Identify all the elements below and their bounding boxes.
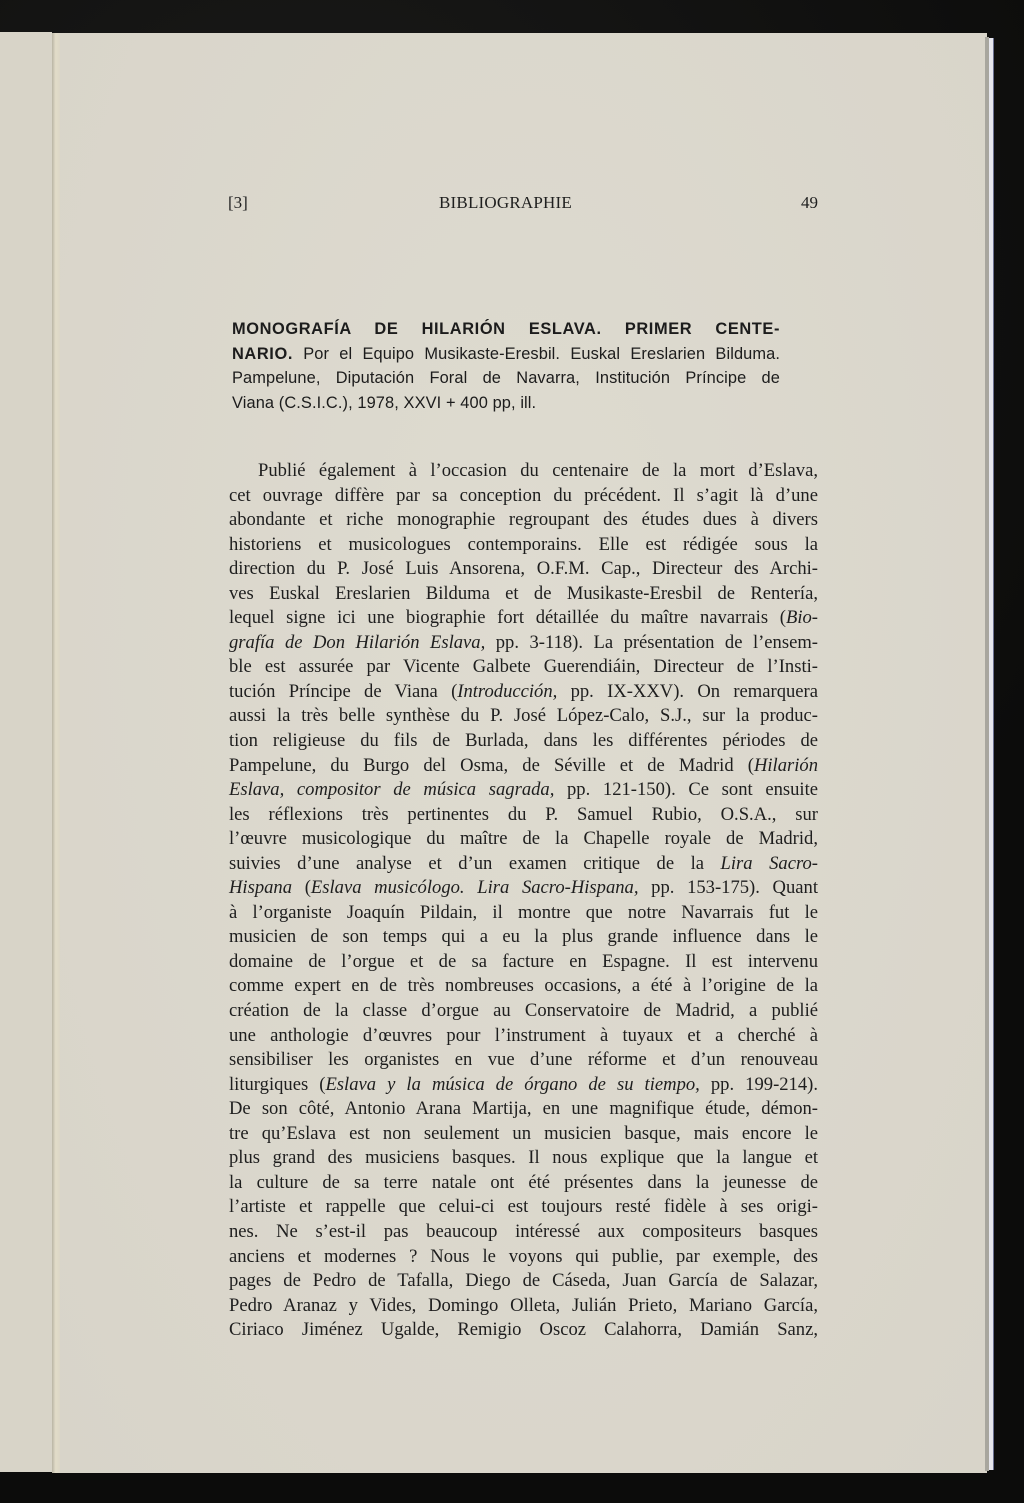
text-segment: musicien de son temps qui a eu la plus g… bbox=[229, 926, 818, 947]
entry-title-end: NARIO. bbox=[232, 345, 293, 363]
body-line: tre qu’Eslava est non seulement un music… bbox=[229, 1122, 818, 1147]
text-segment: les réflexions très pertinentes du P. Sa… bbox=[229, 804, 818, 825]
text-segment: tución Príncipe de Viana ( bbox=[229, 681, 457, 702]
entry-title-line-2: NARIO. Por el Equipo Musikaste-Eresbil. … bbox=[232, 343, 780, 368]
italic-title: Bio- bbox=[786, 607, 818, 628]
text-segment: pp. 199-214). bbox=[700, 1074, 818, 1095]
text-segment: tion religieuse du fils de Burlada, dans… bbox=[229, 730, 818, 751]
body-line: aussi la très belle synthèse du P. José … bbox=[229, 704, 818, 729]
italic-title: grafía de Don Hilarión Eslava, bbox=[229, 632, 485, 653]
body-line: tución Príncipe de Viana (Introducción, … bbox=[229, 680, 818, 705]
body-line: une anthologie d’œuvres pour l’instrumen… bbox=[229, 1024, 818, 1049]
entry-title-line-1: MONOGRAFÍA DE HILARIÓN ESLAVA. PRIMER CE… bbox=[232, 318, 780, 343]
body-line: plus grand des musiciens basques. Il nou… bbox=[229, 1146, 818, 1171]
body-line: pages de Pedro de Tafalla, Diego de Cáse… bbox=[229, 1269, 818, 1294]
text-segment: ble est assurée par Vicente Galbete Guer… bbox=[229, 656, 818, 677]
review-body-text: Publié également à l’occasion du centena… bbox=[229, 459, 818, 1343]
body-line: l’œuvre musicologique du maître de la Ch… bbox=[229, 827, 818, 852]
body-line: création de la classe d’orgue au Conserv… bbox=[229, 999, 818, 1024]
body-line: les réflexions très pertinentes du P. Sa… bbox=[229, 803, 818, 828]
body-line: comme expert en de très nombreuses occas… bbox=[229, 974, 818, 999]
body-line: Pampelune, du Burgo del Osma, de Séville… bbox=[229, 754, 818, 779]
text-segment: pp. 121-150). Ce sont ensuite bbox=[554, 779, 818, 800]
text-segment: ves Euskal Ereslarien Bilduma et de Musi… bbox=[229, 583, 818, 604]
text-segment: pp. 3-118). La présentation de l’ensem- bbox=[485, 632, 818, 653]
body-line: Publié également à l’occasion du centena… bbox=[229, 459, 818, 484]
italic-title: Lira Sacro- bbox=[721, 853, 818, 874]
text-segment: aussi la très belle synthèse du P. José … bbox=[229, 705, 818, 726]
section-number: [3] bbox=[228, 193, 248, 213]
body-line: direction du P. José Luis Ansorena, O.F.… bbox=[229, 557, 818, 582]
text-segment: l’artiste et rappelle que celui-ci est t… bbox=[229, 1196, 818, 1217]
body-line: grafía de Don Hilarión Eslava, pp. 3-118… bbox=[229, 631, 818, 656]
page-number: 49 bbox=[801, 193, 818, 213]
text-segment: domaine de l’orgue et de sa facture en E… bbox=[229, 951, 818, 972]
text-segment: De son côté, Antonio Arana Martija, en u… bbox=[229, 1098, 818, 1119]
entry-publisher: Pampelune, Diputación Foral de Navarra, … bbox=[232, 367, 780, 392]
running-head: [3] BIBLIOGRAPHIE 49 bbox=[228, 193, 818, 221]
body-line: l’artiste et rappelle que celui-ci est t… bbox=[229, 1195, 818, 1220]
text-segment: Ciriaco Jiménez Ugalde, Remigio Oscoz Ca… bbox=[229, 1319, 818, 1340]
text-segment: anciens et modernes ? Nous le voyons qui… bbox=[229, 1246, 818, 1267]
text-segment: lequel signe ici une biographie fort dét… bbox=[229, 607, 786, 628]
text-segment: Pampelune, du Burgo del Osma, de Séville… bbox=[229, 755, 754, 776]
body-line: abondante et riche monographie regroupan… bbox=[229, 508, 818, 533]
body-line: la culture de sa terre natale ont été pr… bbox=[229, 1171, 818, 1196]
text-segment: plus grand des musiciens basques. Il nou… bbox=[229, 1147, 818, 1168]
text-segment: cet ouvrage diffère par sa conception du… bbox=[229, 485, 818, 506]
italic-title: Hilarión bbox=[754, 755, 818, 776]
body-line: domaine de l’orgue et de sa facture en E… bbox=[229, 950, 818, 975]
text-segment: pp. IX-XXV). On remarquera bbox=[557, 681, 818, 702]
body-line: anciens et modernes ? Nous le voyons qui… bbox=[229, 1245, 818, 1270]
text-segment: suivies d’une analyse et d’un examen cri… bbox=[229, 853, 721, 874]
entry-authors: Por el Equipo Musikaste-Eresbil. Euskal … bbox=[293, 345, 780, 363]
text-segment: pp. 153-175). Quant bbox=[639, 877, 819, 898]
body-line: Eslava, compositor de música sagrada, pp… bbox=[229, 778, 818, 803]
italic-title: Hispana bbox=[229, 877, 292, 898]
body-line: tion religieuse du fils de Burlada, dans… bbox=[229, 729, 818, 754]
italic-title: Eslava y la música de órgano de su tiemp… bbox=[325, 1074, 699, 1095]
body-line: nes. Ne s’est-il pas beaucoup intéressé … bbox=[229, 1220, 818, 1245]
text-segment: à l’organiste Joaquín Pildain, il montre… bbox=[229, 902, 818, 923]
body-line: suivies d’une analyse et d’un examen cri… bbox=[229, 852, 818, 877]
body-line: Ciriaco Jiménez Ugalde, Remigio Oscoz Ca… bbox=[229, 1318, 818, 1343]
text-segment: comme expert en de très nombreuses occas… bbox=[229, 975, 818, 996]
body-line: ble est assurée par Vicente Galbete Guer… bbox=[229, 655, 818, 680]
text-segment: sensibiliser les organistes en vue d’une… bbox=[229, 1049, 818, 1070]
text-segment: nes. Ne s’est-il pas beaucoup intéressé … bbox=[229, 1221, 818, 1242]
text-segment: Publié également à l’occasion du centena… bbox=[258, 460, 818, 481]
text-segment: Pedro Aranaz y Vides, Domingo Olleta, Ju… bbox=[229, 1295, 818, 1316]
body-line: ves Euskal Ereslarien Bilduma et de Musi… bbox=[229, 582, 818, 607]
text-segment: la culture de sa terre natale ont été pr… bbox=[229, 1172, 818, 1193]
text-segment: création de la classe d’orgue au Conserv… bbox=[229, 1000, 818, 1021]
text-segment: historiens et musicologues contemporains… bbox=[229, 534, 818, 555]
text-segment: liturgiques ( bbox=[229, 1074, 325, 1095]
page-stack-edge-outer bbox=[989, 38, 994, 1470]
running-title: BIBLIOGRAPHIE bbox=[439, 193, 572, 213]
text-segment: ( bbox=[292, 877, 311, 898]
italic-title: Eslava musicólogo. Lira Sacro-Hispana, bbox=[311, 877, 639, 898]
text-segment: direction du P. José Luis Ansorena, O.F.… bbox=[229, 558, 818, 579]
body-line: Hispana (Eslava musicólogo. Lira Sacro-H… bbox=[229, 876, 818, 901]
body-line: lequel signe ici une biographie fort dét… bbox=[229, 606, 818, 631]
text-segment: l’œuvre musicologique du maître de la Ch… bbox=[229, 828, 818, 849]
body-line: cet ouvrage diffère par sa conception du… bbox=[229, 484, 818, 509]
body-line: liturgiques (Eslava y la música de órgan… bbox=[229, 1073, 818, 1098]
bibliographic-entry: MONOGRAFÍA DE HILARIÓN ESLAVA. PRIMER CE… bbox=[232, 318, 780, 416]
text-segment: pages de Pedro de Tafalla, Diego de Cáse… bbox=[229, 1270, 818, 1291]
body-line: De son côté, Antonio Arana Martija, en u… bbox=[229, 1097, 818, 1122]
body-line: Pedro Aranaz y Vides, Domingo Olleta, Ju… bbox=[229, 1294, 818, 1319]
body-line: sensibiliser les organistes en vue d’une… bbox=[229, 1048, 818, 1073]
text-segment: abondante et riche monographie regroupan… bbox=[229, 509, 818, 530]
entry-details: Viana (C.S.I.C.), 1978, XXVI + 400 pp, i… bbox=[232, 392, 780, 417]
body-line: historiens et musicologues contemporains… bbox=[229, 533, 818, 558]
italic-title: Eslava, compositor de música sagrada, bbox=[229, 779, 554, 800]
body-line: musicien de son temps qui a eu la plus g… bbox=[229, 925, 818, 950]
body-line: à l’organiste Joaquín Pildain, il montre… bbox=[229, 901, 818, 926]
italic-title: Introducción, bbox=[457, 681, 557, 702]
text-segment: tre qu’Eslava est non seulement un music… bbox=[229, 1123, 818, 1144]
text-segment: une anthologie d’œuvres pour l’instrumen… bbox=[229, 1025, 818, 1046]
facing-page-edge bbox=[0, 32, 52, 1472]
